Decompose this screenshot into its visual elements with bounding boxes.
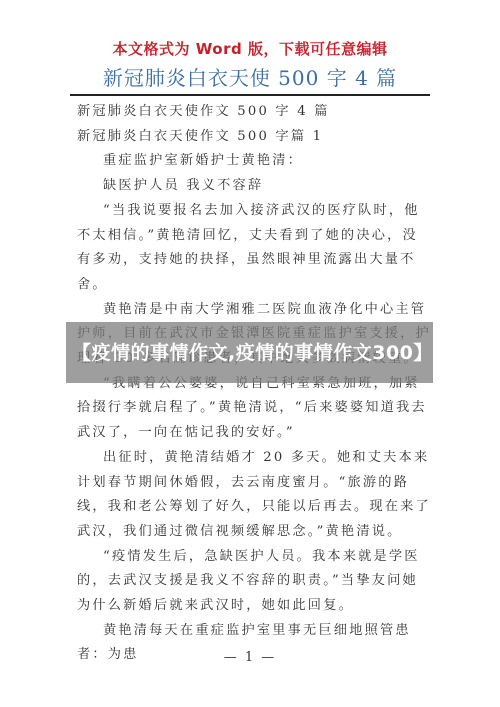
- heading-line: 新冠肺炎白衣天使作文 500 字 4 篇: [77, 100, 433, 125]
- document-body: 新冠肺炎白衣天使作文 500 字 4 篇 新冠肺炎白衣天使作文 500 字篇 1…: [77, 100, 433, 668]
- paragraph: “疫情发生后，急缺医护人员。我本来就是学医的，去武汉支援是我义不容辞的职责。”当…: [77, 545, 433, 619]
- format-notice-banner: 本文格式为 Word 版，下载可任意编辑: [0, 38, 500, 59]
- document-title: 新冠肺炎白衣天使 500 字 4 篇: [0, 62, 500, 91]
- caption-overlay: 【疫情的事情作文,疫情的事情作文300】: [66, 322, 433, 383]
- heading-line: 新冠肺炎白衣天使作文 500 字篇 1: [77, 125, 433, 150]
- page-number: — 1 —: [0, 650, 500, 665]
- paragraph: 出征时，黄艳清结婚才 20 多天。她和丈夫本来计划春节期间休婚假，去云南度蜜月。…: [77, 446, 433, 545]
- paragraph: 重症监护室新婚护士黄艳清：: [77, 149, 433, 174]
- caption-text: 【疫情的事情作文,疫情的事情作文300】: [72, 341, 427, 365]
- paragraph: 缺医护人员 我义不容辞: [77, 174, 433, 199]
- paragraph: “当我说要报名去加入接济武汉的医疗队时，他不太相信。”黄艳清回忆，丈夫看到了她的…: [77, 199, 433, 298]
- title-divider: [70, 94, 430, 96]
